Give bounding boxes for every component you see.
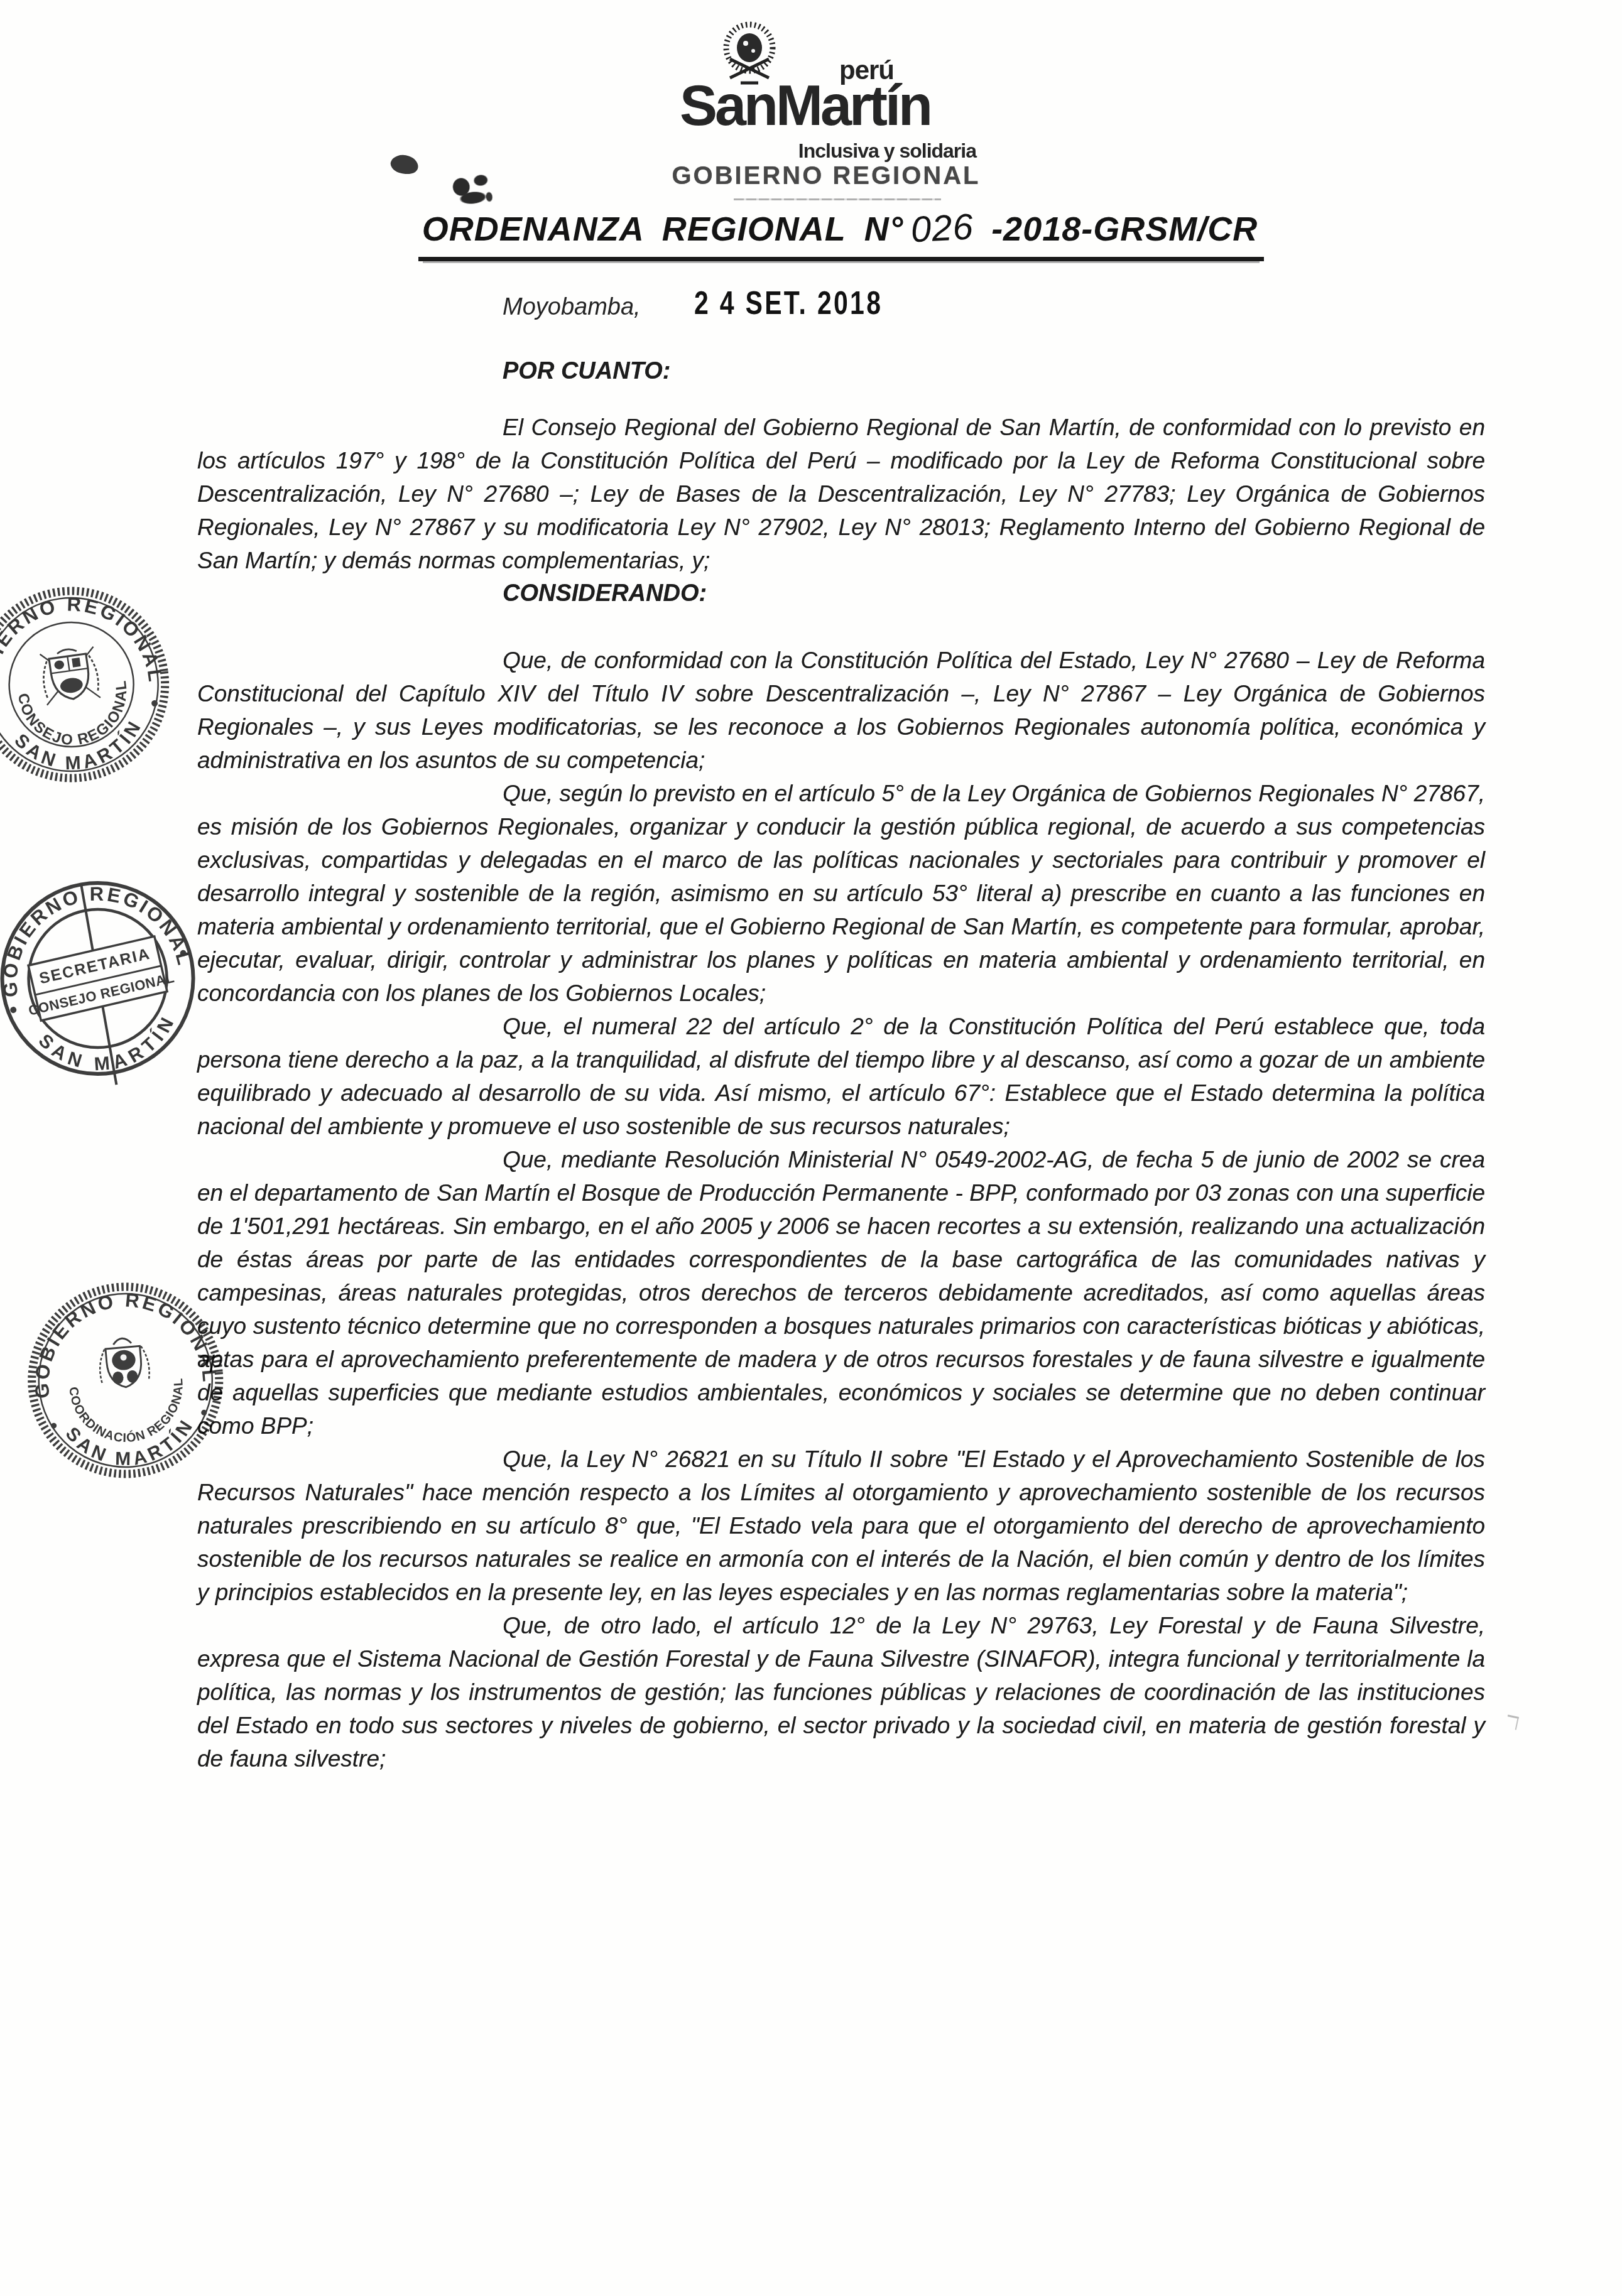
rubber-stamp-coordinacion: GOBIERNO REGIONAL COORDINACIÓN REGIONAL … xyxy=(8,1264,242,1501)
considerando-heading: CONSIDERANDO: xyxy=(503,577,1485,610)
ink-speck xyxy=(1505,1714,1519,1730)
header-tagline: Inclusiva y solidaria xyxy=(680,139,976,163)
date-stamp: 2 4 SET. 2018 xyxy=(694,284,883,322)
stamp-coat-of-arms-icon xyxy=(97,1336,151,1389)
title-prefix: ORDENANZA REGIONAL N° xyxy=(422,210,904,248)
paragraph-considerando-5: Que, la Ley N° 26821 en su Título II sob… xyxy=(197,1443,1485,1609)
paragraph-por-cuanto: El Consejo Regional del Gobierno Regiona… xyxy=(197,411,1485,577)
header-address-line xyxy=(734,198,941,200)
por-cuanto-heading: POR CUANTO: xyxy=(503,355,1485,388)
rubber-stamp-secretaria: SECRETARIA CONSEJO REGIONAL GOBIERNO REG… xyxy=(0,853,224,1107)
paragraph-considerando-6: Que, de otro lado, el artículo 12° de la… xyxy=(197,1609,1485,1775)
scanned-document-page: perú SanMartín Inclusiva y solidaria GOB… xyxy=(0,0,1622,2296)
ink-smudge xyxy=(445,168,497,211)
document-title: ORDENANZA REGIONAL N°026-2018-GRSM/CR xyxy=(197,207,1485,261)
rubber-stamp-consejo-regional: GOBIERNO REGIONAL CONSEJO REGIONAL SAN M… xyxy=(0,563,194,810)
paragraph-considerando-2: Que, según lo previsto en el artículo 5°… xyxy=(197,777,1485,1010)
ink-smudge xyxy=(388,151,420,178)
title-handwritten-number: 026 xyxy=(910,205,975,251)
title-suffix: -2018-GRSM/CR xyxy=(991,210,1258,248)
dateline-place: Moyobamba, xyxy=(503,294,641,321)
header-region-name: SanMartín xyxy=(680,74,930,139)
stamp-coat-of-arms-icon xyxy=(40,646,101,705)
header-org-name: GOBIERNO REGIONAL xyxy=(666,162,986,190)
paragraph-considerando-1: Que, de conformidad con la Constitución … xyxy=(197,644,1485,777)
document-body: POR CUANTO: El Consejo Regional del Gobi… xyxy=(197,355,1485,1775)
paragraph-considerando-3: Que, el numeral 22 del artículo 2° de la… xyxy=(197,1010,1485,1143)
paragraph-considerando-4: Que, mediante Resolución Ministerial N° … xyxy=(197,1143,1485,1443)
